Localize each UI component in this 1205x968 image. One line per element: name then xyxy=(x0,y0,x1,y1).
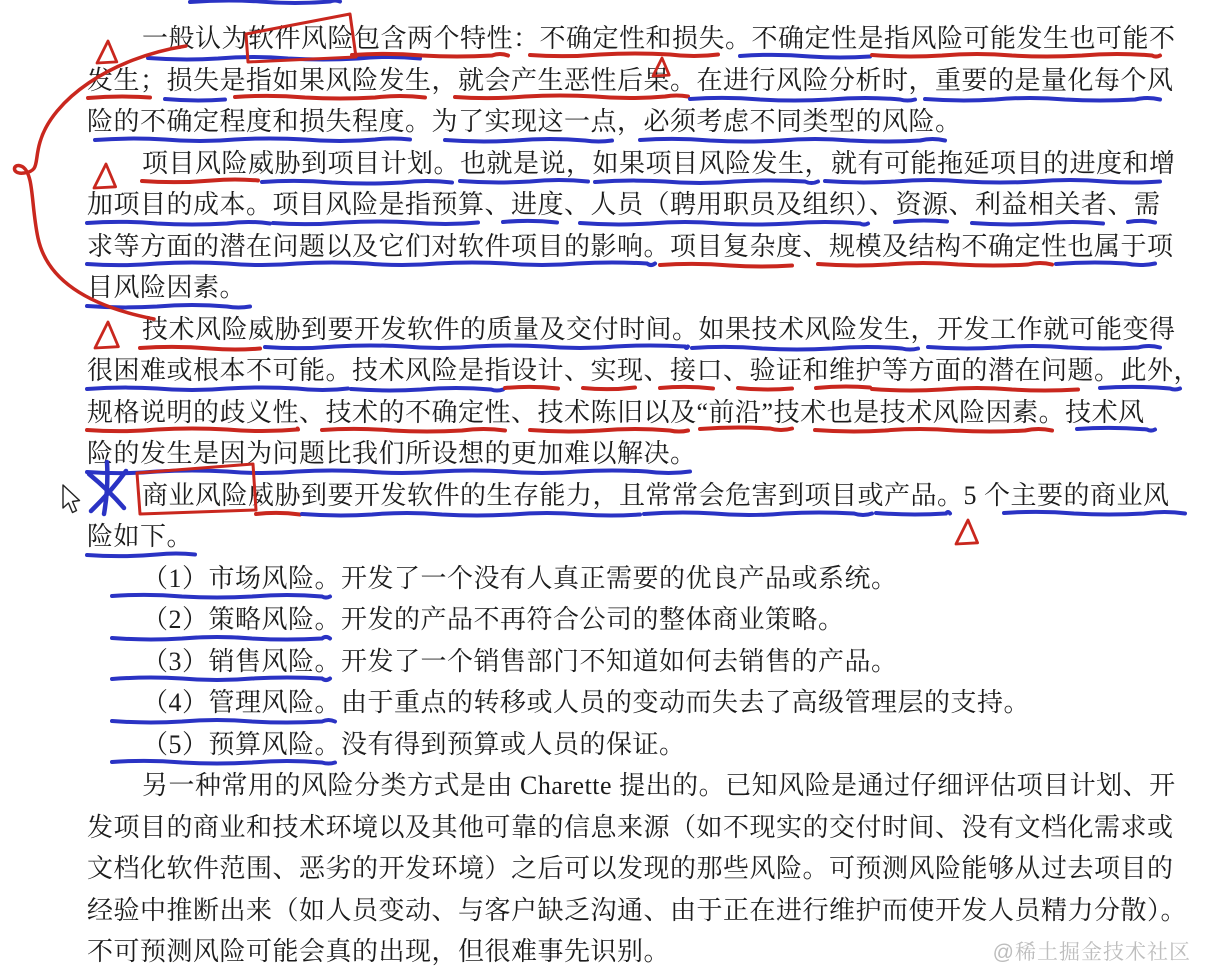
text-line: 文档化软件范围、恶劣的开发环境）之后可以发现的那些风险。可预测风险能够从过去项目… xyxy=(87,854,1174,884)
text-line: （3）销售风险。开发了一个销售部门不知道如何去销售的产品。 xyxy=(142,647,898,677)
blue-star-mark xyxy=(104,462,107,514)
text-line: 求等方面的潜在问题以及它们对软件项目的影响。项目复杂度、规模及结构不确定性也属于… xyxy=(87,232,1174,262)
document-page: 一般认为软件风险包含两个特性：不确定性和损失。不确定性是指风险可能发生也可能不发… xyxy=(0,0,1205,968)
blue-underline-annotation xyxy=(1056,263,1155,265)
blue-underline-annotation xyxy=(928,346,1160,349)
blue-underline-annotation xyxy=(692,347,918,350)
red-underline-annotation xyxy=(235,96,425,99)
blue-underline-annotation xyxy=(876,512,950,514)
red-underline-annotation xyxy=(818,263,1052,266)
red-underline-annotation xyxy=(530,429,688,432)
red-underline-annotation xyxy=(738,388,792,389)
red-underline-annotation xyxy=(816,387,870,388)
blue-star-mark xyxy=(91,471,126,511)
blue-underline-annotation xyxy=(302,513,640,516)
text-line: 目风险因素。 xyxy=(87,273,246,303)
blue-underline-annotation xyxy=(112,637,330,640)
red-underline-annotation xyxy=(660,387,713,389)
blue-underline-annotation xyxy=(148,57,420,60)
text-line: 很困难或根本不可能。技术风险是指设计、实现、接口、验证和维护等方面的潜在问题。此… xyxy=(87,356,1200,386)
blue-underline-annotation xyxy=(273,221,478,224)
red-underline-annotation xyxy=(322,429,505,432)
blue-underline-annotation xyxy=(112,677,330,680)
blue-underline-annotation xyxy=(87,470,690,473)
red-triangle-mark xyxy=(94,164,116,188)
blue-underline-annotation xyxy=(112,720,335,723)
blue-underline-annotation xyxy=(895,221,947,222)
text-line: 发生；损失是指如果风险发生，就会产生恶性后果。在进行风险分析时，重要的是量化每个… xyxy=(87,66,1174,96)
text-line: 险如下。 xyxy=(87,522,193,552)
blue-underline-annotation xyxy=(265,345,688,348)
blue-underline-annotation xyxy=(925,98,1160,101)
red-underline-annotation xyxy=(660,264,792,267)
red-underline-annotation xyxy=(87,428,298,431)
text-line: 险的不确定程度和损失程度。为了实现这一点，必须考虑不同类型的风险。 xyxy=(87,107,962,137)
blue-underline-annotation xyxy=(1004,512,1185,515)
blue-underline-annotation xyxy=(87,305,250,308)
text-line: （1）市场风险。开发了一个没有人真正需要的优良产品或系统。 xyxy=(142,564,898,594)
blue-underline-annotation xyxy=(95,138,410,141)
blue-underline-annotation xyxy=(87,262,655,265)
red-underline-annotation xyxy=(256,513,300,515)
blue-underline-annotation xyxy=(690,98,915,101)
blue-underline-annotation xyxy=(595,180,818,183)
blue-underline-annotation xyxy=(460,180,588,182)
blue-underline-annotation xyxy=(262,181,452,184)
text-line: （2）策略风险。开发的产品不再符合公司的整体商业策略。 xyxy=(142,605,845,635)
blue-star-mark xyxy=(89,474,124,508)
text-line: 规格说明的歧义性、技术的不确定性、技术陈旧以及“前沿”技术也是技术风险因素。技术… xyxy=(87,398,1145,428)
red-underline-annotation xyxy=(872,54,1160,57)
blue-underline-annotation xyxy=(972,222,1103,224)
blue-underline-annotation xyxy=(1128,221,1155,223)
text-line: 不可预测风险可能会真的出现，但很难事先识别。 xyxy=(87,937,670,967)
red-triangle-mark xyxy=(97,41,117,63)
red-underline-annotation xyxy=(700,428,792,430)
text-line: 商业风险威胁到要开发软件的生存能力，且常常会危害到项目或产品。5 个主要的商业风 xyxy=(142,481,1170,511)
blue-underline-annotation xyxy=(503,221,557,223)
text-line: 险的发生是因为问题比我们所设想的更加难以解决。 xyxy=(87,439,697,469)
red-triangle-mark xyxy=(956,520,978,544)
text-line: （4）管理风险。由于重点的转移或人员的变动而失去了高级管理层的支持。 xyxy=(142,688,1030,718)
blue-underline-annotation xyxy=(112,595,330,598)
blue-underline-annotation xyxy=(580,222,868,225)
blue-underline-annotation xyxy=(1100,387,1180,390)
text-line: 项目风险威胁到项目计划。也就是说，如果项目风险发生，就有可能拖延项目的进度和增 xyxy=(142,149,1176,179)
red-underline-annotation xyxy=(142,179,258,182)
mouse-cursor xyxy=(63,485,80,513)
blue-underline-annotation xyxy=(190,0,340,3)
text-line: 一般认为软件风险包含两个特性：不确定性和损失。不确定性是指风险可能发生也可能不 xyxy=(142,24,1176,54)
red-underline-annotation xyxy=(88,97,150,98)
blue-underline-annotation xyxy=(112,761,335,764)
blue-underline-annotation xyxy=(1077,428,1155,431)
blue-underline-annotation xyxy=(87,553,195,556)
red-underline-annotation xyxy=(583,388,635,390)
text-line: （5）预算风险。没有得到预算或人员的保证。 xyxy=(142,730,686,760)
text-line: 技术风险威胁到要开发软件的质量及交付时间。如果技术风险发生，开发工作就可能变得 xyxy=(142,315,1176,345)
red-underline-annotation xyxy=(505,387,558,389)
red-underline-annotation xyxy=(352,54,508,57)
text-line: 发项目的商业和技术环境以及其他可靠的信息来源（如不现实的交付时间、没有文档化需求… xyxy=(87,813,1174,843)
text-line: 经验中推断出来（如人员变动、与客户缺乏沟通、由于正在进行维护而使开发人员精力分散… xyxy=(87,896,1187,926)
blue-underline-annotation xyxy=(165,99,225,100)
red-underline-annotation xyxy=(455,95,688,98)
blue-underline-annotation xyxy=(445,139,612,142)
blue-underline-annotation xyxy=(644,512,872,515)
text-line: 另一种常用的风险分类方式是由 Charette 提出的。已知风险是通过仔细评估项… xyxy=(142,771,1176,801)
watermark: @稀土掘金技术社区 xyxy=(993,936,1191,966)
blue-underline-annotation xyxy=(825,180,1160,183)
red-underline-annotation xyxy=(140,347,260,350)
red-underline-annotation xyxy=(815,429,1052,432)
blue-underline-annotation xyxy=(87,387,348,390)
blue-underline-annotation xyxy=(351,388,503,391)
red-underline-annotation xyxy=(872,388,1078,391)
blue-underline-annotation xyxy=(640,139,945,142)
red-triangle-mark xyxy=(95,322,118,348)
text-line: 加项目的成本。项目风险是指预算、进度、人员（聘用职员及组织）、资源、利益相关者、… xyxy=(87,190,1161,220)
blue-underline-annotation xyxy=(87,222,270,225)
blue-underline-annotation xyxy=(740,55,870,58)
